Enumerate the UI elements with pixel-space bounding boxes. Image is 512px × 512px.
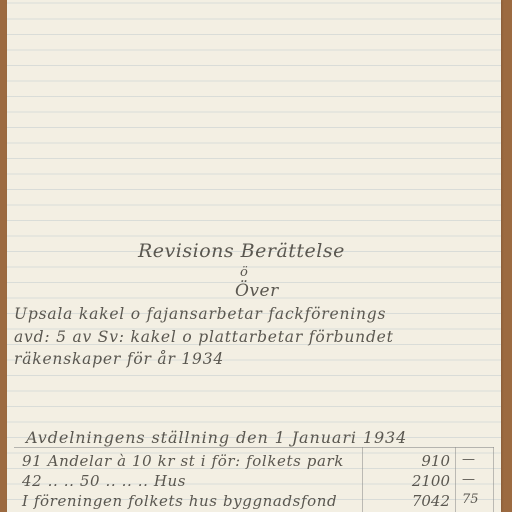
ledger-row-description: 42 .. .. 50 .. .. .. Hus — [22, 472, 186, 490]
subtitle-line-2: avd: 5 av Sv: kakel o plattarbetar förbu… — [14, 328, 394, 346]
ledger-top-rule — [14, 447, 494, 448]
ledger-row-amount: 2100 — [370, 472, 450, 490]
ledger-row-description: I föreningen folkets hus byggnadsfond — [22, 492, 337, 510]
ledger-column-divider-amount — [362, 447, 363, 512]
subtitle-line-1: Upsala kakel o fajansarbetar fackförenin… — [14, 305, 386, 323]
balance-heading: Avdelningens ställning den 1 Januari 193… — [26, 428, 407, 447]
ledger-row-amount: 7042 — [370, 492, 450, 510]
ledger-row-cents: — — [462, 472, 490, 487]
ledger-row-description: 91 Andelar à 10 kr st i för: folkets par… — [22, 452, 344, 470]
ledger-column-divider-right — [493, 447, 494, 512]
ledger-row-cents: — — [462, 452, 490, 467]
ledger-column-divider-cents — [455, 447, 456, 512]
ledger-row-amount: 910 — [370, 452, 450, 470]
ledger-row-cents: 75 — [462, 492, 490, 507]
over-word: Över — [235, 281, 279, 301]
subtitle-line-3: räkenskaper för år 1934 — [14, 350, 224, 368]
document-title: Revisions Berättelse — [138, 240, 345, 262]
title-connector: ö — [240, 265, 248, 280]
